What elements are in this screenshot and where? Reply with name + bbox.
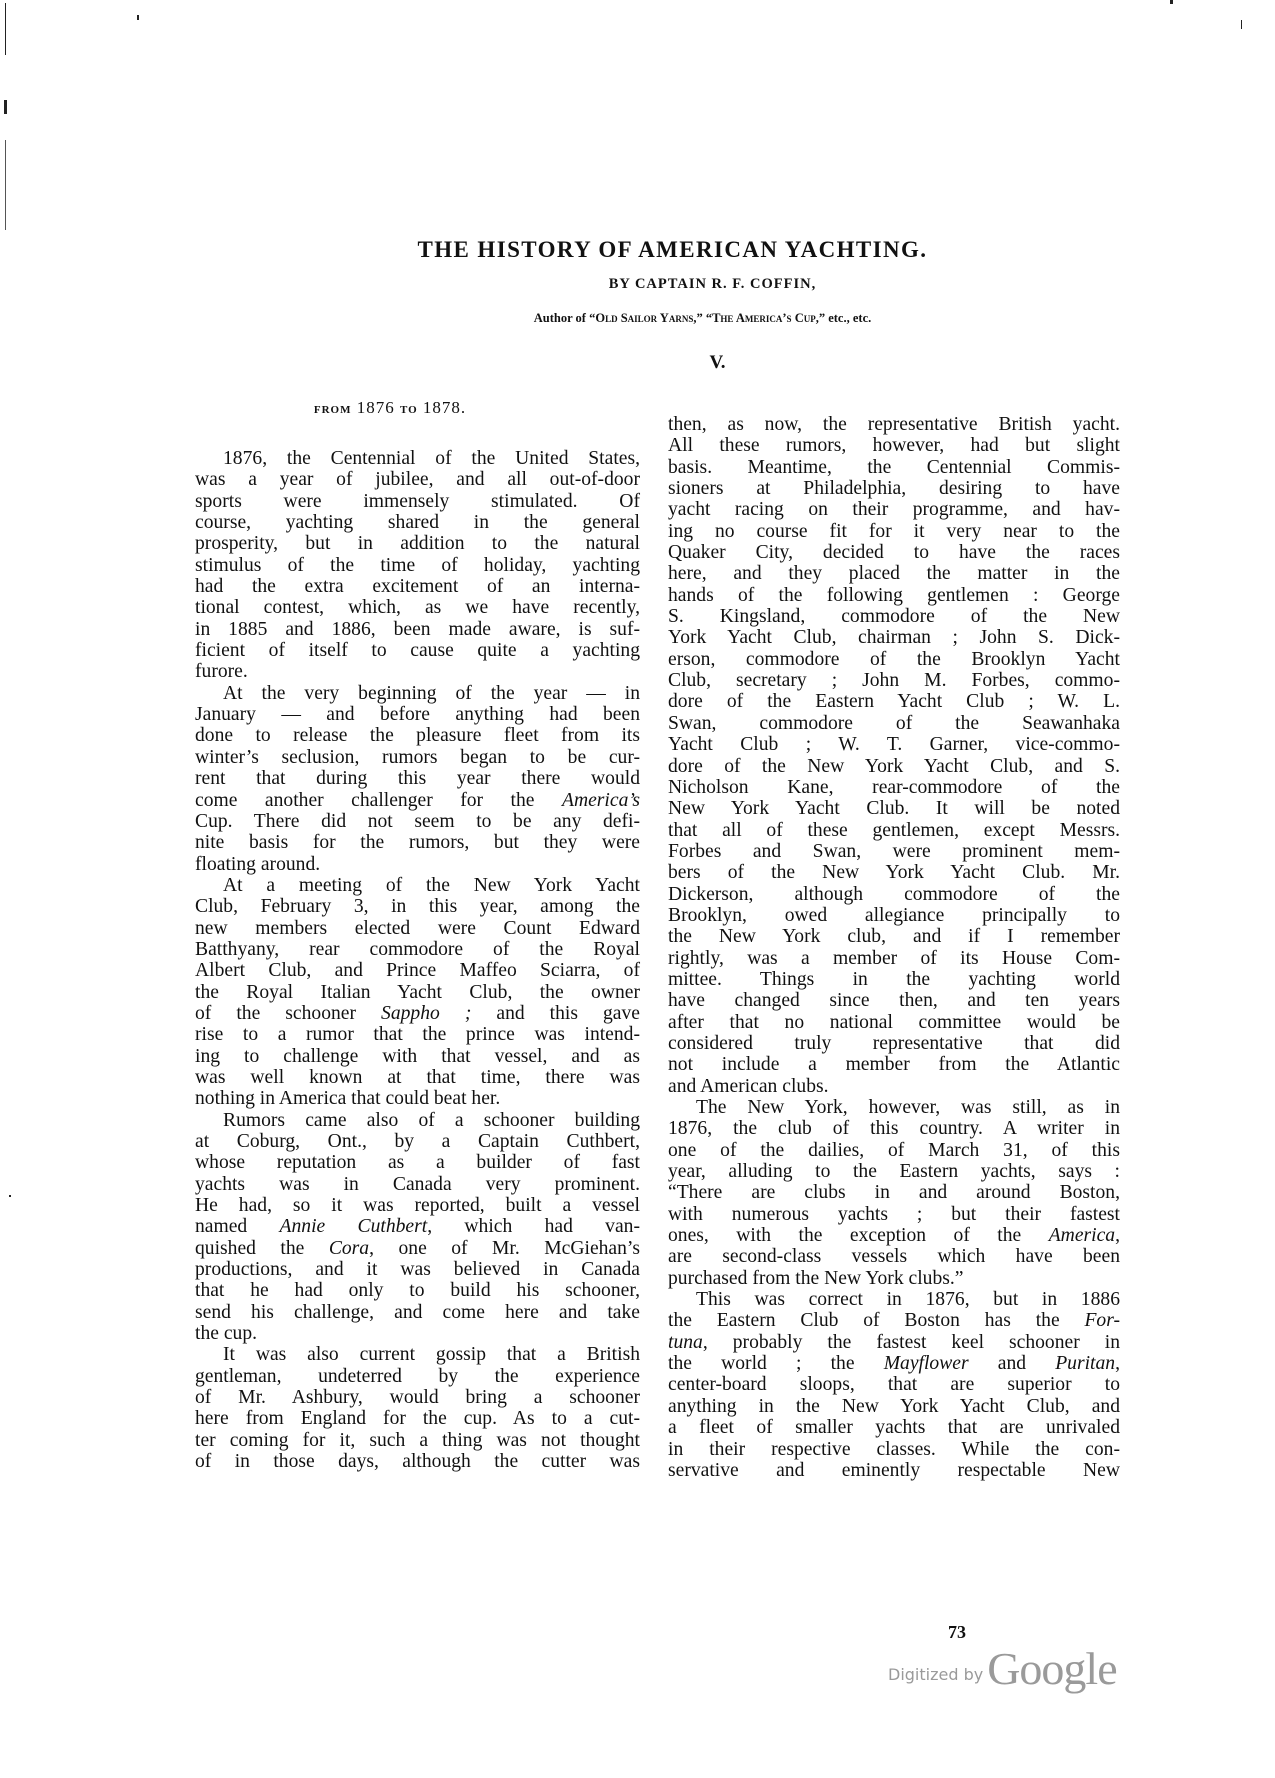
text-line: rightly, was a member of its House Com- [668, 948, 1120, 969]
text-line: ficient of itself to cause quite a yacht… [195, 640, 640, 661]
text-line-content: furore. [195, 661, 640, 682]
section-heading-year-start: 1876 [357, 398, 395, 417]
text-line-content: ter coming for it, such a thing was not … [195, 1430, 640, 1451]
text-line-content: Quaker City, decided to have the races [668, 542, 1120, 563]
text-line: yacht racing on their programme, and hav… [668, 499, 1120, 520]
article-byline: BY CAPTAIN R. F. COFFIN, [0, 276, 1275, 293]
text-line-content: then, as now, the representative British… [668, 414, 1120, 435]
text-line: floating around. [195, 854, 640, 875]
text-line: hands of the following gentlemen : Georg… [668, 585, 1120, 606]
text-line: named Annie Cuthbert, which had van- [195, 1216, 640, 1237]
text-line: ones, with the exception of the America, [668, 1225, 1120, 1246]
text-line: This was correct in 1876, but in 1886 [668, 1289, 1120, 1310]
text-line: Swan, commodore of the Seawanhaka [668, 713, 1120, 734]
text-line: of in those days, although the cutter wa… [195, 1451, 640, 1472]
italic-title: Sappho ; [381, 1003, 471, 1024]
text-line-content: not include a member from the Atlantic [668, 1054, 1120, 1075]
text-line: bers of the New York Yacht Club. Mr. [668, 862, 1120, 883]
italic-title: For- [1084, 1310, 1120, 1331]
text-line: “There are clubs in and around Boston, [668, 1182, 1120, 1203]
text-line-content: here, and they placed the matter in the [668, 563, 1120, 584]
text-line: tuna, probably the fastest keel schooner… [668, 1332, 1120, 1353]
scan-artifact [4, 100, 7, 114]
text-line-content: of Mr. Ashbury, would bring a schooner [195, 1387, 640, 1408]
text-line: rent that during this year there would [195, 768, 640, 789]
text-line: the world ; the Mayflower and Puritan, [668, 1353, 1120, 1374]
text-line: Nicholson Kane, rear-commodore of the [668, 777, 1120, 798]
text-line-content: stimulus of the time of holiday, yachtin… [195, 555, 640, 576]
part-number: V. [0, 352, 1275, 374]
text-line-content: tional contest, which, as we have recent… [195, 597, 640, 618]
text-line-content: Dickerson, although commodore of the [668, 884, 1120, 905]
text-line-content: Rumors came also of a schooner building [223, 1110, 640, 1131]
text-line: was well known at that time, there was [195, 1067, 640, 1088]
text-line: was a year of jubilee, and all out-of-do… [195, 469, 640, 490]
text-line: Batthyany, rear commodore of the Royal [195, 939, 640, 960]
text-line: whose reputation as a builder of fast [195, 1152, 640, 1173]
text-line-content: The New York, however, was still, as in [696, 1097, 1120, 1118]
text-line-content: the world ; the Mayflower and Puritan, [668, 1353, 1120, 1374]
text-column-right: then, as now, the representative British… [668, 414, 1120, 1481]
text-line: gentleman, undeterred by the experience [195, 1366, 640, 1387]
text-line: The New York, however, was still, as in [668, 1097, 1120, 1118]
italic-title: America [1049, 1225, 1115, 1246]
text-line-content: yachts was in Canada very prominent. [195, 1174, 640, 1195]
text-line-content: He had, so it was reported, built a vess… [195, 1195, 640, 1216]
scan-artifact [5, 140, 6, 230]
text-line: servative and eminently respectable New [668, 1460, 1120, 1481]
text-line: nite basis for the rumors, but they were [195, 832, 640, 853]
text-line-content: Brooklyn, owed allegiance principally to [668, 905, 1120, 926]
text-line-content: had the extra excitement of an interna- [195, 576, 640, 597]
author-credits-prefix: Author of [534, 311, 589, 325]
text-line-content: Cup. There did not seem to be any defi- [195, 811, 640, 832]
text-line: year, alluding to the Eastern yachts, sa… [668, 1161, 1120, 1182]
text-line-content: in 1885 and 1886, been made aware, is su… [195, 619, 640, 640]
text-line-content: that he had only to build his schooner, [195, 1280, 640, 1301]
text-line-content: considered truly representative that did [668, 1033, 1120, 1054]
text-line-content: send his challenge, and come here and ta… [195, 1302, 640, 1323]
text-line-content: Nicholson Kane, rear-commodore of the [668, 777, 1120, 798]
text-line: at Coburg, Ont., by a Captain Cuthbert, [195, 1131, 640, 1152]
text-line-content: course, yachting shared in the general [195, 512, 640, 533]
text-line-content: ing to challenge with that vessel, and a… [195, 1046, 640, 1067]
watermark-prefix: Digitized by [888, 1665, 983, 1684]
text-line-content: done to release the pleasure fleet from … [195, 725, 640, 746]
page-number: 73 [948, 1622, 966, 1643]
text-line: At a meeting of the New York Yacht [195, 875, 640, 896]
text-line: that he had only to build his schooner, [195, 1280, 640, 1301]
text-line: are second-class vessels which have been [668, 1246, 1120, 1267]
text-line-content: was well known at that time, there was [195, 1067, 640, 1088]
text-line: nothing in America that could beat her. [195, 1088, 640, 1109]
author-credits: Author of “Old Sailor Yarns,” “The Ameri… [0, 311, 1275, 326]
text-line: center-board sloops, that are superior t… [668, 1374, 1120, 1395]
text-line: He had, so it was reported, built a vess… [195, 1195, 640, 1216]
text-line: and American clubs. [668, 1076, 1120, 1097]
text-line-content: the Eastern Club of Boston has the For- [668, 1310, 1120, 1331]
text-line: course, yachting shared in the general [195, 512, 640, 533]
text-line: ing to challenge with that vessel, and a… [195, 1046, 640, 1067]
text-line-content: S. Kingsland, commodore of the New [668, 606, 1120, 627]
text-line: the cup. [195, 1323, 640, 1344]
text-line: It was also current gossip that a Britis… [195, 1344, 640, 1365]
text-line-content: This was correct in 1876, but in 1886 [696, 1289, 1120, 1310]
text-line-content: productions, and it was believed in Cana… [195, 1259, 640, 1280]
text-line: considered truly representative that did [668, 1033, 1120, 1054]
italic-title: Annie Cuthbert [280, 1216, 428, 1237]
text-line: Yacht Club ; W. T. Garner, vice-commo- [668, 734, 1120, 755]
scanned-book-page: THE HISTORY OF AMERICAN YACHTING. BY CAP… [0, 0, 1275, 1778]
text-line-content: at Coburg, Ont., by a Captain Cuthbert, [195, 1131, 640, 1152]
text-line-content: in their respective classes. While the c… [668, 1439, 1120, 1460]
text-line-content: the New York club, and if I remember [668, 926, 1120, 947]
text-line-content: a fleet of smaller yachts that are unriv… [668, 1417, 1120, 1438]
text-line-content: bers of the New York Yacht Club. Mr. [668, 862, 1120, 883]
text-line-content: the cup. [195, 1323, 640, 1344]
section-heading-year-end: 1878. [423, 398, 466, 417]
text-line: done to release the pleasure fleet from … [195, 725, 640, 746]
text-line-content: was a year of jubilee, and all out-of-do… [195, 469, 640, 490]
text-line-content: basis. Meantime, the Centennial Commis- [668, 457, 1120, 478]
text-line: had the extra excitement of an interna- [195, 576, 640, 597]
text-line-content: 1876, the Centennial of the United State… [223, 448, 640, 469]
text-line-content: Batthyany, rear commodore of the Royal [195, 939, 640, 960]
text-line: ing no course fit for it very near to th… [668, 521, 1120, 542]
text-line-content: with numerous yachts ; but their fastest [668, 1204, 1120, 1225]
scan-artifact [137, 15, 139, 20]
text-line-content: floating around. [195, 854, 640, 875]
text-line: Club, February 3, in this year, among th… [195, 896, 640, 917]
text-line: 1876, the club of this country. A writer… [668, 1118, 1120, 1139]
text-line-content: “There are clubs in and around Boston, [668, 1182, 1120, 1203]
text-line-content: here from England for the cup. As to a c… [195, 1408, 640, 1429]
text-line: rise to a rumor that the prince was inte… [195, 1024, 640, 1045]
italic-title: tuna [668, 1332, 703, 1353]
text-line-content: ing no course fit for it very near to th… [668, 521, 1120, 542]
text-line: after that no national committee would b… [668, 1012, 1120, 1033]
text-line-content: At a meeting of the New York Yacht [223, 875, 640, 896]
text-line: At the very beginning of the year — in [195, 683, 640, 704]
text-line-content: prosperity, but in addition to the natur… [195, 533, 640, 554]
text-line: York Yacht Club, chairman ; John S. Dick… [668, 627, 1120, 648]
text-line: purchased from the New York clubs.” [668, 1268, 1120, 1289]
text-line-content: whose reputation as a builder of fast [195, 1152, 640, 1173]
text-line-content: one of the dailies, of March 31, of this [668, 1140, 1120, 1161]
article-title: THE HISTORY OF AMERICAN YACHTING. [0, 237, 1275, 263]
text-line: send his challenge, and come here and ta… [195, 1302, 640, 1323]
text-line: Club, secretary ; John M. Forbes, commo- [668, 670, 1120, 691]
italic-title: Mayflower [884, 1353, 969, 1374]
text-line: All these rumors, however, had but sligh… [668, 435, 1120, 456]
text-line-content: and American clubs. [668, 1076, 1120, 1097]
text-line: Quaker City, decided to have the races [668, 542, 1120, 563]
text-line: the Eastern Club of Boston has the For- [668, 1310, 1120, 1331]
text-line: dore of the New York Yacht Club, and S. [668, 756, 1120, 777]
text-line: of the schooner Sappho ; and this gave [195, 1003, 640, 1024]
text-line: of Mr. Ashbury, would bring a schooner [195, 1387, 640, 1408]
text-line: a fleet of smaller yachts that are unriv… [668, 1417, 1120, 1438]
text-line: in their respective classes. While the c… [668, 1439, 1120, 1460]
text-line: yachts was in Canada very prominent. [195, 1174, 640, 1195]
text-line-content: are second-class vessels which have been [668, 1246, 1120, 1267]
text-line: the Royal Italian Yacht Club, the owner [195, 982, 640, 1003]
text-line-content: Forbes and Swan, were prominent mem- [668, 841, 1120, 862]
text-line: dore of the Eastern Yacht Club ; W. L. [668, 691, 1120, 712]
text-line: have changed since then, and ten years [668, 990, 1120, 1011]
text-line-content: Yacht Club ; W. T. Garner, vice-commo- [668, 734, 1120, 755]
text-line: here, and they placed the matter in the [668, 563, 1120, 584]
scan-artifact [5, 3, 6, 55]
text-line-content: New York Yacht Club. It will be noted [668, 798, 1120, 819]
text-line-content: ones, with the exception of the America, [668, 1225, 1120, 1246]
text-line: tional contest, which, as we have recent… [195, 597, 640, 618]
text-line: one of the dailies, of March 31, of this [668, 1140, 1120, 1161]
text-line: Cup. There did not seem to be any defi- [195, 811, 640, 832]
text-line: sioners at Philadelphia, desiring to hav… [668, 478, 1120, 499]
text-line-content: sioners at Philadelphia, desiring to hav… [668, 478, 1120, 499]
text-line-content: nite basis for the rumors, but they were [195, 832, 640, 853]
italic-title: America’s [562, 790, 640, 811]
text-line: in 1885 and 1886, been made aware, is su… [195, 619, 640, 640]
text-line-content: servative and eminently respectable New [668, 1460, 1120, 1481]
text-line: prosperity, but in addition to the natur… [195, 533, 640, 554]
text-line: sports were immensely stimulated. Of [195, 491, 640, 512]
text-line: productions, and it was believed in Cana… [195, 1259, 640, 1280]
section-heading-from: from [314, 401, 352, 417]
author-credits-works: “Old Sailor Yarns,” “The America’s Cup,” [589, 311, 825, 325]
text-line-content: winter’s seclusion, rumors began to be c… [195, 747, 640, 768]
text-line-content: center-board sloops, that are superior t… [668, 1374, 1120, 1395]
text-line-content: yacht racing on their programme, and hav… [668, 499, 1120, 520]
text-line: 1876, the Centennial of the United State… [195, 448, 640, 469]
text-line-content: Albert Club, and Prince Maffeo Sciarra, … [195, 960, 640, 981]
text-line: that all of these gentlemen, except Mess… [668, 820, 1120, 841]
text-line-content: hands of the following gentlemen : Georg… [668, 585, 1120, 606]
watermark-brand-logo: Google [987, 1643, 1116, 1694]
text-line-content: the Royal Italian Yacht Club, the owner [195, 982, 640, 1003]
text-line: anything in the New York Yacht Club, and [668, 1396, 1120, 1417]
text-line-content: 1876, the club of this country. A writer… [668, 1118, 1120, 1139]
text-line-content: It was also current gossip that a Britis… [223, 1344, 640, 1365]
text-line: ter coming for it, such a thing was not … [195, 1430, 640, 1451]
text-line-content: named Annie Cuthbert, which had van- [195, 1216, 640, 1237]
text-line: S. Kingsland, commodore of the New [668, 606, 1120, 627]
text-column-left: 1876, the Centennial of the United State… [195, 448, 640, 1473]
text-line-content: All these rumors, however, had but sligh… [668, 435, 1120, 456]
text-line: January — and before anything had been [195, 704, 640, 725]
text-line: not include a member from the Atlantic [668, 1054, 1120, 1075]
italic-title: Cora [329, 1238, 369, 1259]
text-line-content: of in those days, although the cutter wa… [195, 1451, 640, 1472]
scan-artifact [1241, 20, 1242, 29]
text-line-content: purchased from the New York clubs.” [668, 1268, 1120, 1289]
text-line: then, as now, the representative British… [668, 414, 1120, 435]
text-line: winter’s seclusion, rumors began to be c… [195, 747, 640, 768]
text-line: Rumors came also of a schooner building [195, 1110, 640, 1131]
text-line-content: come another challenger for the America’… [195, 790, 640, 811]
digitized-by-watermark: Digitized by Google [888, 1642, 1117, 1695]
text-line-content: quished the Cora, one of Mr. McGiehan’s [195, 1238, 640, 1259]
text-line: basis. Meantime, the Centennial Commis- [668, 457, 1120, 478]
text-line: quished the Cora, one of Mr. McGiehan’s [195, 1238, 640, 1259]
text-line-content: rise to a rumor that the prince was inte… [195, 1024, 640, 1045]
text-line-content: new members elected were Count Edward [195, 918, 640, 939]
text-line-content: that all of these gentlemen, except Mess… [668, 820, 1120, 841]
text-line: new members elected were Count Edward [195, 918, 640, 939]
text-line: come another challenger for the America’… [195, 790, 640, 811]
text-line-content: rightly, was a member of its House Com- [668, 948, 1120, 969]
section-heading-to: to [400, 401, 418, 417]
text-line-content: At the very beginning of the year — in [223, 683, 640, 704]
text-line-content: of the schooner Sappho ; and this gave [195, 1003, 640, 1024]
text-line: with numerous yachts ; but their fastest [668, 1204, 1120, 1225]
text-line-content: gentleman, undeterred by the experience [195, 1366, 640, 1387]
text-line: the New York club, and if I remember [668, 926, 1120, 947]
text-line: Albert Club, and Prince Maffeo Sciarra, … [195, 960, 640, 981]
text-line-content: dore of the New York Yacht Club, and S. [668, 756, 1120, 777]
text-line: erson, commodore of the Brooklyn Yacht [668, 649, 1120, 670]
text-line-content: Club, secretary ; John M. Forbes, commo- [668, 670, 1120, 691]
text-line: New York Yacht Club. It will be noted [668, 798, 1120, 819]
text-line-content: year, alluding to the Eastern yachts, sa… [668, 1161, 1120, 1182]
text-line-content: tuna, probably the fastest keel schooner… [668, 1332, 1120, 1353]
text-line-content: mittee. Things in the yachting world [668, 969, 1120, 990]
text-line-content: nothing in America that could beat her. [195, 1088, 640, 1109]
scan-artifact [1170, 0, 1173, 4]
text-line-content: Swan, commodore of the Seawanhaka [668, 713, 1120, 734]
text-line-content: sports were immensely stimulated. Of [195, 491, 640, 512]
text-line-content: anything in the New York Yacht Club, and [668, 1396, 1120, 1417]
text-line-content: erson, commodore of the Brooklyn Yacht [668, 649, 1120, 670]
text-line-content: York Yacht Club, chairman ; John S. Dick… [668, 627, 1120, 648]
text-line-content: have changed since then, and ten years [668, 990, 1120, 1011]
text-line: Brooklyn, owed allegiance principally to [668, 905, 1120, 926]
author-credits-suffix: etc., etc. [825, 311, 871, 325]
italic-title: Puritan [1055, 1353, 1115, 1374]
scan-artifact [9, 1195, 11, 1197]
text-line-content: Club, February 3, in this year, among th… [195, 896, 640, 917]
text-line-content: dore of the Eastern Yacht Club ; W. L. [668, 691, 1120, 712]
text-line: here from England for the cup. As to a c… [195, 1408, 640, 1429]
text-line-content: January — and before anything had been [195, 704, 640, 725]
text-line-content: after that no national committee would b… [668, 1012, 1120, 1033]
text-line: Forbes and Swan, were prominent mem- [668, 841, 1120, 862]
section-heading: from 1876 to 1878. [200, 398, 580, 418]
text-line: stimulus of the time of holiday, yachtin… [195, 555, 640, 576]
text-line-content: ficient of itself to cause quite a yacht… [195, 640, 640, 661]
text-line: furore. [195, 661, 640, 682]
text-line: Dickerson, although commodore of the [668, 884, 1120, 905]
text-line-content: rent that during this year there would [195, 768, 640, 789]
text-line: mittee. Things in the yachting world [668, 969, 1120, 990]
